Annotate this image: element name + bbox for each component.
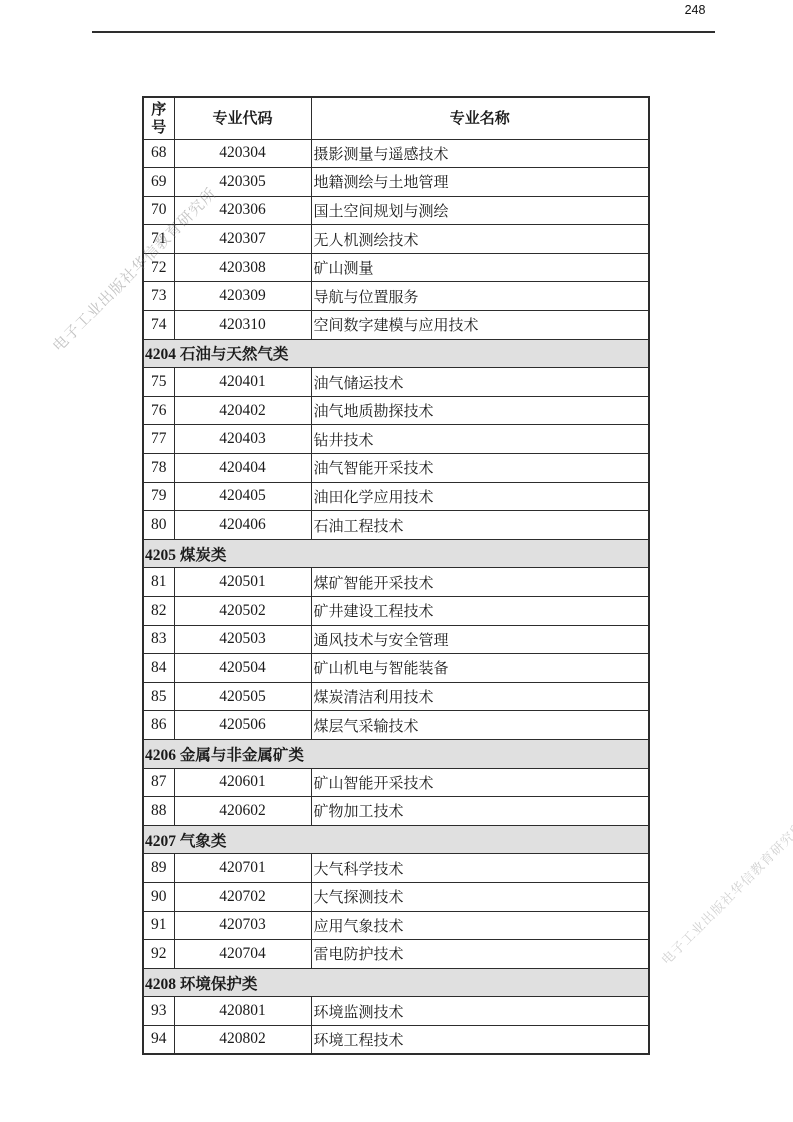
section-header-label: 4208 环境保护类 [143,968,649,997]
table-row: 83420503通风技术与安全管理 [143,625,649,654]
major-name-cell: 摄影测量与遥感技术 [311,139,649,168]
table-row: 85420505煤炭清洁利用技术 [143,682,649,711]
table-row: 84420504矿山机电与智能装备 [143,654,649,683]
major-code-cell: 420602 [174,797,311,826]
major-code-cell: 420504 [174,654,311,683]
table-row: 78420404油气智能开采技术 [143,454,649,483]
serial-number-cell: 93 [143,997,174,1026]
major-code-cell: 420405 [174,482,311,511]
table-row: 81420501煤矿智能开采技术 [143,568,649,597]
serial-number-cell: 81 [143,568,174,597]
section-header-label: 4206 金属与非金属矿类 [143,739,649,768]
major-name-cell: 煤炭清洁利用技术 [311,682,649,711]
serial-number-cell: 86 [143,711,174,740]
serial-number-cell: 69 [143,168,174,197]
major-name-cell: 矿井建设工程技术 [311,597,649,626]
section-header-row: 4206 金属与非金属矿类 [143,739,649,768]
major-name-cell: 煤矿智能开采技术 [311,568,649,597]
major-name-cell: 地籍测绘与土地管理 [311,168,649,197]
major-name-cell: 大气科学技术 [311,854,649,883]
table-row: 87420601矿山智能开采技术 [143,768,649,797]
serial-number-cell: 82 [143,597,174,626]
major-name-cell: 空间数字建模与应用技术 [311,311,649,340]
table-row: 74420310空间数字建模与应用技术 [143,311,649,340]
serial-number-cell: 71 [143,225,174,254]
major-name-cell: 矿物加工技术 [311,797,649,826]
major-name-cell: 国土空间规划与测绘 [311,196,649,225]
table-row: 94420802环境工程技术 [143,1025,649,1054]
serial-number-cell: 77 [143,425,174,454]
table-row: 82420502矿井建设工程技术 [143,597,649,626]
table-row: 71420307无人机测绘技术 [143,225,649,254]
major-name-cell: 钻井技术 [311,425,649,454]
major-code-cell: 420404 [174,454,311,483]
major-name-cell: 煤层气采输技术 [311,711,649,740]
serial-number-cell: 92 [143,940,174,969]
major-code-cell: 420402 [174,396,311,425]
header-rule [92,31,715,33]
major-code-cell: 420305 [174,168,311,197]
serial-number-cell: 85 [143,682,174,711]
serial-number-cell: 88 [143,797,174,826]
serial-number-cell: 83 [143,625,174,654]
major-name-cell: 矿山机电与智能装备 [311,654,649,683]
serial-number-cell: 89 [143,854,174,883]
major-code-cell: 420304 [174,139,311,168]
serial-number-cell: 75 [143,368,174,397]
major-name-cell: 矿山测量 [311,253,649,282]
major-code-cell: 420701 [174,854,311,883]
section-header-row: 4207 气象类 [143,825,649,854]
table-row: 77420403钻井技术 [143,425,649,454]
table-row: 93420801环境监测技术 [143,997,649,1026]
major-code-cell: 420401 [174,368,311,397]
major-name-cell: 油气储运技术 [311,368,649,397]
table-row: 88420602矿物加工技术 [143,797,649,826]
table-row: 76420402油气地质勘探技术 [143,396,649,425]
major-code-cell: 420501 [174,568,311,597]
section-header-label: 4204 石油与天然气类 [143,339,649,368]
major-name-cell: 油田化学应用技术 [311,482,649,511]
major-code-cell: 420502 [174,597,311,626]
serial-number-cell: 73 [143,282,174,311]
page-number: 248 [678,3,712,17]
major-code-cell: 420308 [174,253,311,282]
major-code-cell: 420306 [174,196,311,225]
major-code-cell: 420406 [174,511,311,540]
major-code-cell: 420503 [174,625,311,654]
serial-number-cell: 91 [143,911,174,940]
section-header-label: 4205 煤炭类 [143,539,649,568]
major-name-cell: 通风技术与安全管理 [311,625,649,654]
serial-number-cell: 76 [143,396,174,425]
major-code-cell: 420703 [174,911,311,940]
major-code-cell: 420601 [174,768,311,797]
majors-table: 序号 专业代码 专业名称 68420304摄影测量与遥感技术69420305地籍… [142,96,650,1055]
table-row: 91420703应用气象技术 [143,911,649,940]
major-code-cell: 420802 [174,1025,311,1054]
table-row: 70420306国土空间规划与测绘 [143,196,649,225]
major-code-cell: 420801 [174,997,311,1026]
major-code-cell: 420506 [174,711,311,740]
major-name-cell: 石油工程技术 [311,511,649,540]
major-name-cell: 应用气象技术 [311,911,649,940]
table-header-row: 序号 专业代码 专业名称 [143,97,649,139]
major-name-cell: 环境工程技术 [311,1025,649,1054]
serial-number-cell: 84 [143,654,174,683]
table-row: 69420305地籍测绘与土地管理 [143,168,649,197]
serial-number-cell: 87 [143,768,174,797]
serial-number-cell: 94 [143,1025,174,1054]
major-code-cell: 420704 [174,940,311,969]
table-row: 68420304摄影测量与遥感技术 [143,139,649,168]
table-row: 72420308矿山测量 [143,253,649,282]
serial-number-cell: 80 [143,511,174,540]
serial-number-cell: 70 [143,196,174,225]
watermark-right: 电子工业出版社华信教育研究所 [656,816,793,968]
section-header-row: 4208 环境保护类 [143,968,649,997]
document-page: 248 电子工业出版社华信教育研究所 电子工业出版社华信教育研究所 序号 专业代… [0,0,793,1122]
major-name-cell: 雷电防护技术 [311,940,649,969]
serial-number-cell: 68 [143,139,174,168]
table-row: 92420704雷电防护技术 [143,940,649,969]
major-name-cell: 环境监测技术 [311,997,649,1026]
column-header-name: 专业名称 [311,97,649,139]
table-row: 89420701大气科学技术 [143,854,649,883]
section-header-row: 4205 煤炭类 [143,539,649,568]
major-name-cell: 油气智能开采技术 [311,454,649,483]
section-header-row: 4204 石油与天然气类 [143,339,649,368]
major-name-cell: 油气地质勘探技术 [311,396,649,425]
table-row: 90420702大气探测技术 [143,882,649,911]
major-name-cell: 矿山智能开采技术 [311,768,649,797]
major-name-cell: 大气探测技术 [311,882,649,911]
table-row: 73420309导航与位置服务 [143,282,649,311]
major-code-cell: 420309 [174,282,311,311]
major-name-cell: 无人机测绘技术 [311,225,649,254]
table-row: 75420401油气储运技术 [143,368,649,397]
column-header-code: 专业代码 [174,97,311,139]
major-code-cell: 420702 [174,882,311,911]
major-code-cell: 420403 [174,425,311,454]
table-row: 80420406石油工程技术 [143,511,649,540]
major-name-cell: 导航与位置服务 [311,282,649,311]
serial-number-cell: 78 [143,454,174,483]
major-code-cell: 420505 [174,682,311,711]
serial-number-cell: 79 [143,482,174,511]
major-code-cell: 420310 [174,311,311,340]
major-code-cell: 420307 [174,225,311,254]
table-row: 79420405油田化学应用技术 [143,482,649,511]
table-row: 86420506煤层气采输技术 [143,711,649,740]
serial-number-cell: 72 [143,253,174,282]
serial-number-cell: 90 [143,882,174,911]
serial-number-cell: 74 [143,311,174,340]
section-header-label: 4207 气象类 [143,825,649,854]
column-header-no: 序号 [143,97,174,139]
